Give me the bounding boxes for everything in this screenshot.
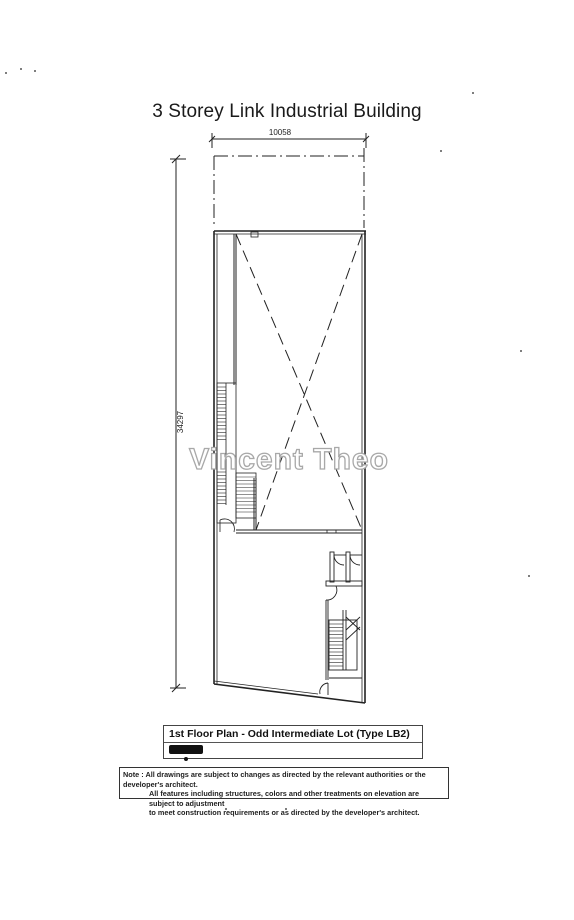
plan-caption: 1st Floor Plan - Odd Intermediate Lot (T… — [164, 726, 422, 743]
redaction-dot — [184, 757, 188, 761]
scan-speck — [528, 575, 530, 577]
scan-speck — [440, 150, 442, 152]
note-line-2: All features including structures, color… — [123, 789, 445, 808]
scan-speck — [20, 68, 22, 70]
scan-speck — [520, 350, 522, 352]
toilets — [326, 552, 362, 600]
redaction-mark — [169, 745, 203, 754]
disclaimer-note: Note : All drawings are subject to chang… — [119, 767, 449, 799]
rear-staircase — [320, 600, 362, 695]
length-dimension-label: 34297 — [176, 410, 185, 433]
note-line-1: All drawings are subject to changes as d… — [123, 770, 426, 789]
watermark: Vincent Theo — [0, 443, 574, 477]
scan-speck — [285, 808, 287, 810]
scan-speck — [34, 70, 36, 72]
scan-speck — [225, 808, 227, 810]
note-line-3: to meet construction requirements or as … — [123, 808, 445, 818]
plan-caption-box: 1st Floor Plan - Odd Intermediate Lot (T… — [163, 725, 423, 759]
corridor-wall — [234, 234, 256, 530]
note-label: Note : — [123, 770, 144, 779]
void-area — [236, 234, 362, 530]
scan-speck — [5, 72, 7, 74]
width-dimension-label: 10058 — [269, 128, 292, 137]
redacted-row — [164, 743, 422, 758]
front-setback-area — [214, 148, 364, 228]
scan-speck — [472, 92, 474, 94]
